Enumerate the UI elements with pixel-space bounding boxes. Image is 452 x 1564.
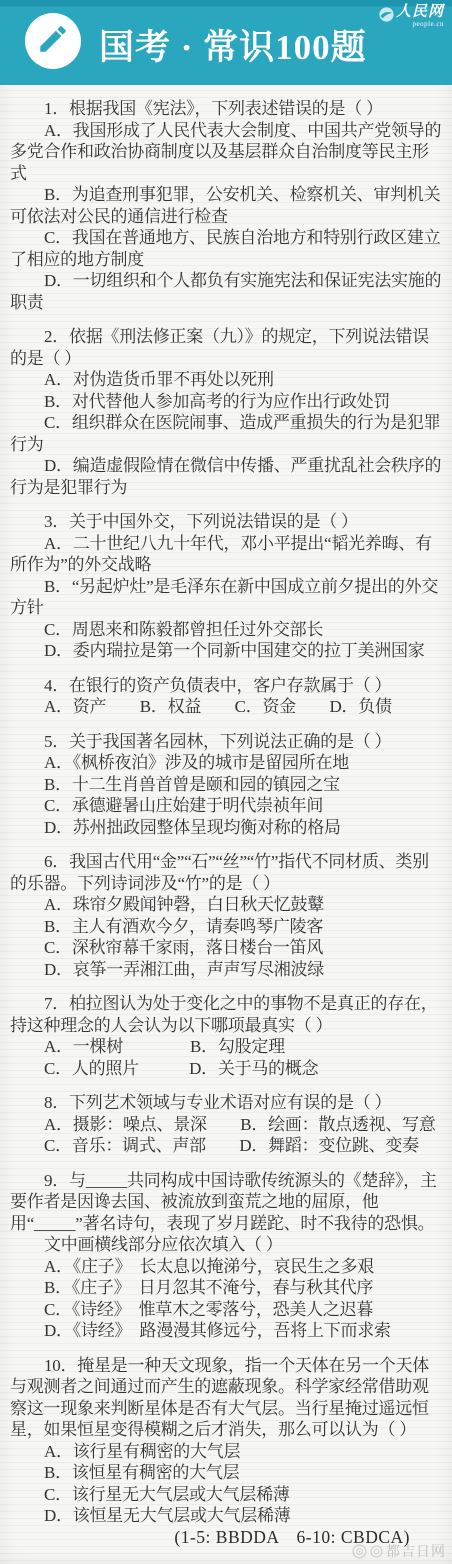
brand-sub: people.cn — [412, 21, 444, 28]
question-option-line: D．苏州拙政园整体呈现均衡对称的格局 — [10, 817, 444, 839]
question-stem: 3．关于中国外交，下列说法错误的是（ ） — [10, 511, 444, 533]
question-options-row: C．人的照片 D．关于马的概念 — [10, 1058, 444, 1080]
question-option-line: D．哀筝一弄湘江曲，声声写尽湘波绿 — [10, 959, 444, 981]
question-stem: 1．根据我国《宪法》，下列表述错误的是（ ） — [10, 98, 444, 120]
question-option-line: A．二十世纪八九十年代，邓小平提出“韬光养晦、有所作为”的外交战略 — [10, 533, 444, 576]
question-option-line: D．编造虚假险情在微信中传播、严重扰乱社会秩序的行为是犯罪行为 — [10, 455, 444, 498]
pencil-icon — [36, 22, 70, 61]
question-options-row: A．资产 B．权益 C．资金 D．负债 — [10, 696, 444, 718]
question-option-line: B．对代替他人参加高考的行为应作出行政处罚 — [10, 391, 444, 413]
question-option-line: C．深秋帘幕千家雨，落日楼台一笛风 — [10, 937, 444, 959]
weibo-icon — [370, 1545, 383, 1558]
question-10: 10．掩星是一种天文现象，指一个天体在另一个天体与观测者之间通过而产生的遮蔽现象… — [10, 1355, 444, 1527]
weibo-watermark: 都吉日网 — [352, 1541, 446, 1561]
question-option-line: A．《枫桥夜泊》涉及的城市是留园所在地 — [10, 752, 444, 774]
header-banner: 国考 · 常识100题 人民网 people.cn — [0, 0, 452, 85]
question-option-line: D．委内瑞拉是第一个同新中国建交的拉丁美洲国家 — [10, 640, 444, 662]
question-8: 8．下列艺术领域与专业术语对应有误的是（ ） A．摄影：噪点、景深 B．绘画：散… — [10, 1092, 444, 1157]
question-options-row: A．一棵树 B．勾股定理 — [10, 1036, 444, 1058]
question-1: 1．根据我国《宪法》，下列表述错误的是（ ） A．我国形成了人民代表大会制度、中… — [10, 98, 444, 313]
question-stem: 7．柏拉图认为处于变化之中的事物不是真正的存在，持这种理念的人会认为以下哪项最真… — [10, 993, 444, 1036]
question-options-row: A．摄影：噪点、景深 B．绘画：散点透视、写意 — [10, 1114, 444, 1136]
question-option-line: C．该行星无大气层或大气层稀薄 — [10, 1484, 444, 1506]
question-option-line: D．《诗经》 路漫漫其修远兮，吾将上下而求索 — [10, 1320, 444, 1342]
question-7: 7．柏拉图认为处于变化之中的事物不是真正的存在，持这种理念的人会认为以下哪项最真… — [10, 993, 444, 1079]
peoplecn-logo: 人民网 people.cn — [379, 5, 444, 28]
question-option-line: C．周恩来和陈毅都曾担任过外交部长 — [10, 619, 444, 641]
question-3: 3．关于中国外交，下列说法错误的是（ ） A．二十世纪八九十年代，邓小平提出“韬… — [10, 511, 444, 662]
quiz-image-card: 国考 · 常识100题 人民网 people.cn 1．根据我国《宪法》，下列表… — [0, 0, 452, 1564]
brand-name: 人民网 — [396, 5, 444, 20]
pencil-badge — [25, 13, 81, 69]
question-stem: 10．掩星是一种天文现象，指一个天体在另一个天体与观测者之间通过而产生的遮蔽现象… — [10, 1355, 444, 1441]
question-option-line: C．组织群众在医院闹事、造成严重损失的行为是犯罪行为 — [10, 412, 444, 455]
question-options-row: C．音乐：调式、声部 D．舞蹈：变位跳、变奏 — [10, 1135, 444, 1157]
question-stem: 8．下列艺术领域与专业术语对应有误的是（ ） — [10, 1092, 444, 1114]
question-option-line: B．《庄子》 日月忽其不淹兮，春与秋其代序 — [10, 1277, 444, 1299]
question-option-line: A．该行星有稠密的大气层 — [10, 1441, 444, 1463]
question-option-line: B．为追查刑事犯罪，公安机关、检察机关、审判机关可依法对公民的通信进行检查 — [10, 184, 444, 227]
page-title: 国考 · 常识100题 — [99, 20, 367, 70]
question-2: 2．依据《刑法修正案（九）》的规定，下列说法错误的是（ ） A．对伪造货币罪不再… — [10, 326, 444, 498]
question-option-line: A．我国形成了人民代表大会制度、中国共产党领导的多党合作和政治协商制度以及基层群… — [10, 120, 444, 185]
question-option-line: C．《诗经》 惟草木之零落兮，恐美人之迟暮 — [10, 1299, 444, 1321]
globe-icon — [379, 7, 394, 22]
question-option-line: C．承德避暑山庄始建于明代崇祯年间 — [10, 795, 444, 817]
question-option-line: B．该恒星有稠密的大气层 — [10, 1462, 444, 1484]
question-option-line: B．“另起炉灶”是毛泽东在新中国成立前夕提出的外交方针 — [10, 576, 444, 619]
watermark-text: 都吉日网 — [386, 1541, 446, 1561]
question-option-line: A．对伪造货币罪不再处以死刑 — [10, 369, 444, 391]
question-option-line: B．主人有酒欢今夕，请奏鸣琴广陵客 — [10, 916, 444, 938]
question-stem: 5．关于我国著名园林，下列说法正确的是（ ） — [10, 731, 444, 753]
question-stem: 6．我国古代用“金”“石”“丝”“竹”指代不同材质、类别的乐器。下列诗词涉及“竹… — [10, 851, 444, 894]
question-option-line: A．珠帘夕殿闻钟磬，白日秋天忆鼓鼙 — [10, 894, 444, 916]
question-option-line: D．该恒星无大气层或大气层稀薄 — [10, 1505, 444, 1527]
question-option-line: C．我国在普通地方、民族自治地方和特别行政区建立了相应的地方制度 — [10, 227, 444, 270]
question-stem: 4．在银行的资产负债表中，客户存款属于（ ） — [10, 675, 444, 697]
question-option-line: D．一切组织和个人都负有实施宪法和保证宪法实施的职责 — [10, 270, 444, 313]
question-list: 1．根据我国《宪法》，下列表述错误的是（ ） A．我国形成了人民代表大会制度、中… — [0, 85, 452, 1548]
question-6: 6．我国古代用“金”“石”“丝”“竹”指代不同材质、类别的乐器。下列诗词涉及“竹… — [10, 851, 444, 980]
question-stem: 2．依据《刑法修正案（九）》的规定，下列说法错误的是（ ） — [10, 326, 444, 369]
question-4: 4．在银行的资产负债表中，客户存款属于（ ） A．资产 B．权益 C．资金 D．… — [10, 675, 444, 718]
question-option-line: B．十二生肖兽首曾是颐和园的镇园之宝 — [10, 774, 444, 796]
question-5: 5．关于我国著名园林，下列说法正确的是（ ） A．《枫桥夜泊》涉及的城市是留园所… — [10, 731, 444, 839]
question-substem: 文中画横线部分应依次填入（ ） — [10, 1234, 444, 1256]
question-9: 9．与_____共同构成中国诗歌传统源头的《楚辞》，主要作者是因谗去国、被流放到… — [10, 1170, 444, 1342]
question-stem: 9．与_____共同构成中国诗歌传统源头的《楚辞》，主要作者是因谗去国、被流放到… — [10, 1170, 444, 1235]
weibo-icon — [352, 1544, 367, 1559]
question-option-line: A．《庄子》 长太息以掩涕兮，哀民生之多艰 — [10, 1256, 444, 1278]
